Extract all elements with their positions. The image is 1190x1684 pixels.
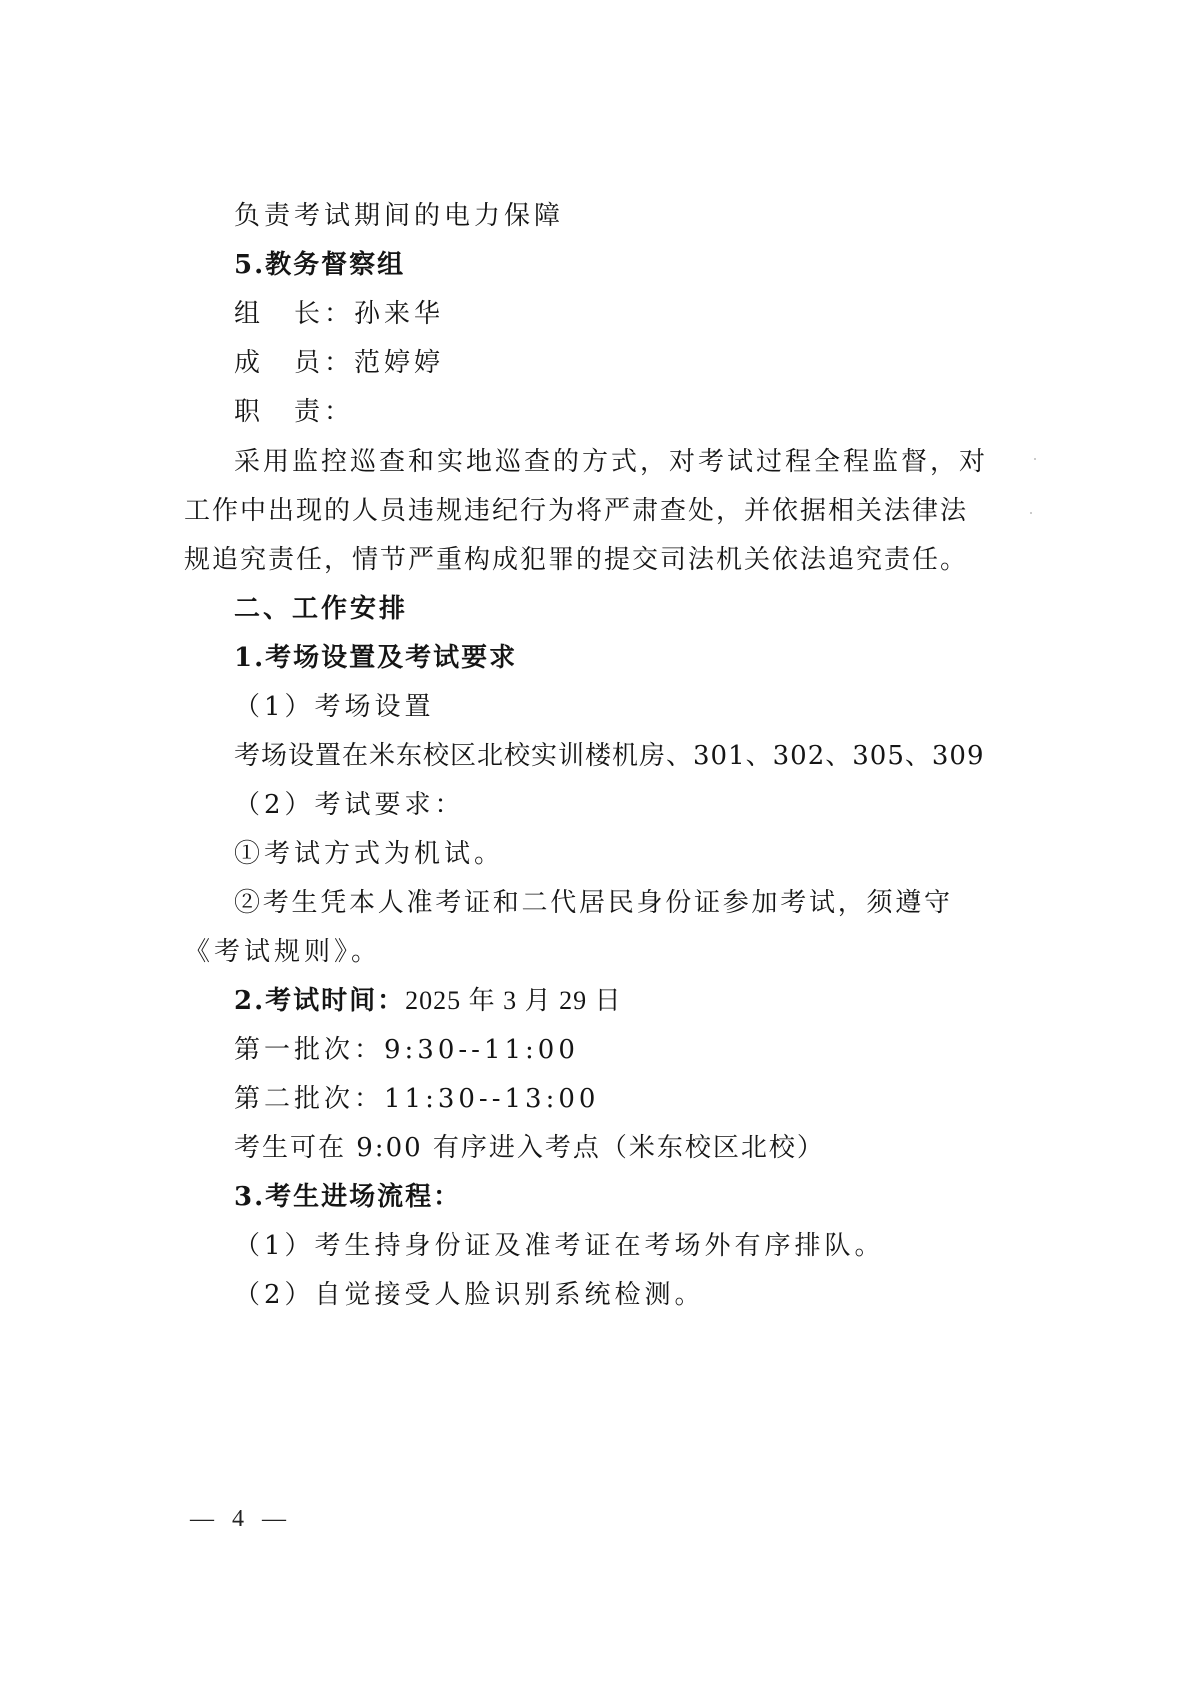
entry-step-face-recognition: （2）自觉接受人脸识别系统检测。 — [234, 1279, 705, 1311]
subsection-heading-entry-process: 3.考生进场流程： — [234, 1181, 461, 1213]
exam-room-location: 考场设置在米东校区北校实训楼机房、301、302、305、309 — [234, 740, 985, 772]
exam-time-label: 2.考试时间： — [234, 986, 405, 1016]
duties-paragraph-line-3: 规追究责任，情节严重构成犯罪的提交司法机关依法追究责任。 — [184, 544, 952, 576]
duties-paragraph-line-1: 采用监控巡查和实地巡查的方式，对考试过程全程监督，对 — [234, 446, 952, 478]
section-heading-supervision-group: 5.教务督察组 — [234, 249, 405, 281]
batch-one-time: 第一批次：9:30--11:00 — [234, 1034, 579, 1066]
exam-rules-reference: 《考试规则》。 — [184, 936, 381, 968]
item-exam-room-setup: （1）考场设置 — [234, 691, 435, 723]
entry-time-notice: 考生可在 9:00 有序进入考点（米东校区北校） — [234, 1132, 825, 1164]
requirement-id-documents: ②考生凭本人准考证和二代居民身份证参加考试，须遵守 — [234, 887, 952, 919]
duties-paragraph-line-2: 工作中出现的人员违规违纪行为将严肃查处，并依据相关法律法 — [184, 495, 952, 527]
duties-label: 职 责： — [234, 396, 354, 428]
subsection-heading-exam-room-setup: 1.考场设置及考试要求 — [234, 642, 517, 674]
scan-speck — [1030, 512, 1032, 514]
page-number: — 4 — — [190, 1506, 292, 1533]
scan-speck — [1034, 458, 1036, 460]
group-member-line: 成 员：范婷婷 — [234, 347, 444, 379]
batch-two-time: 第二批次：11:30--13:00 — [234, 1083, 599, 1115]
requirement-exam-method: ①考试方式为机试。 — [234, 838, 504, 870]
document-page: 负责考试期间的电力保障 5.教务督察组 组 长：孙来华 成 员：范婷婷 职 责：… — [0, 0, 1190, 1684]
entry-step-queue: （1）考生持身份证及准考证在考场外有序排队。 — [234, 1230, 885, 1262]
section-heading-work-arrangement: 二、工作安排 — [234, 593, 408, 625]
group-leader-line: 组 长：孙来华 — [234, 298, 444, 330]
exam-time-line: 2.考试时间：2025 年 3 月 29 日 — [234, 985, 622, 1017]
exam-date: 2025 年 3 月 29 日 — [405, 986, 622, 1015]
item-exam-requirements: （2）考试要求： — [234, 789, 465, 821]
paragraph-power-supply: 负责考试期间的电力保障 — [234, 200, 564, 232]
